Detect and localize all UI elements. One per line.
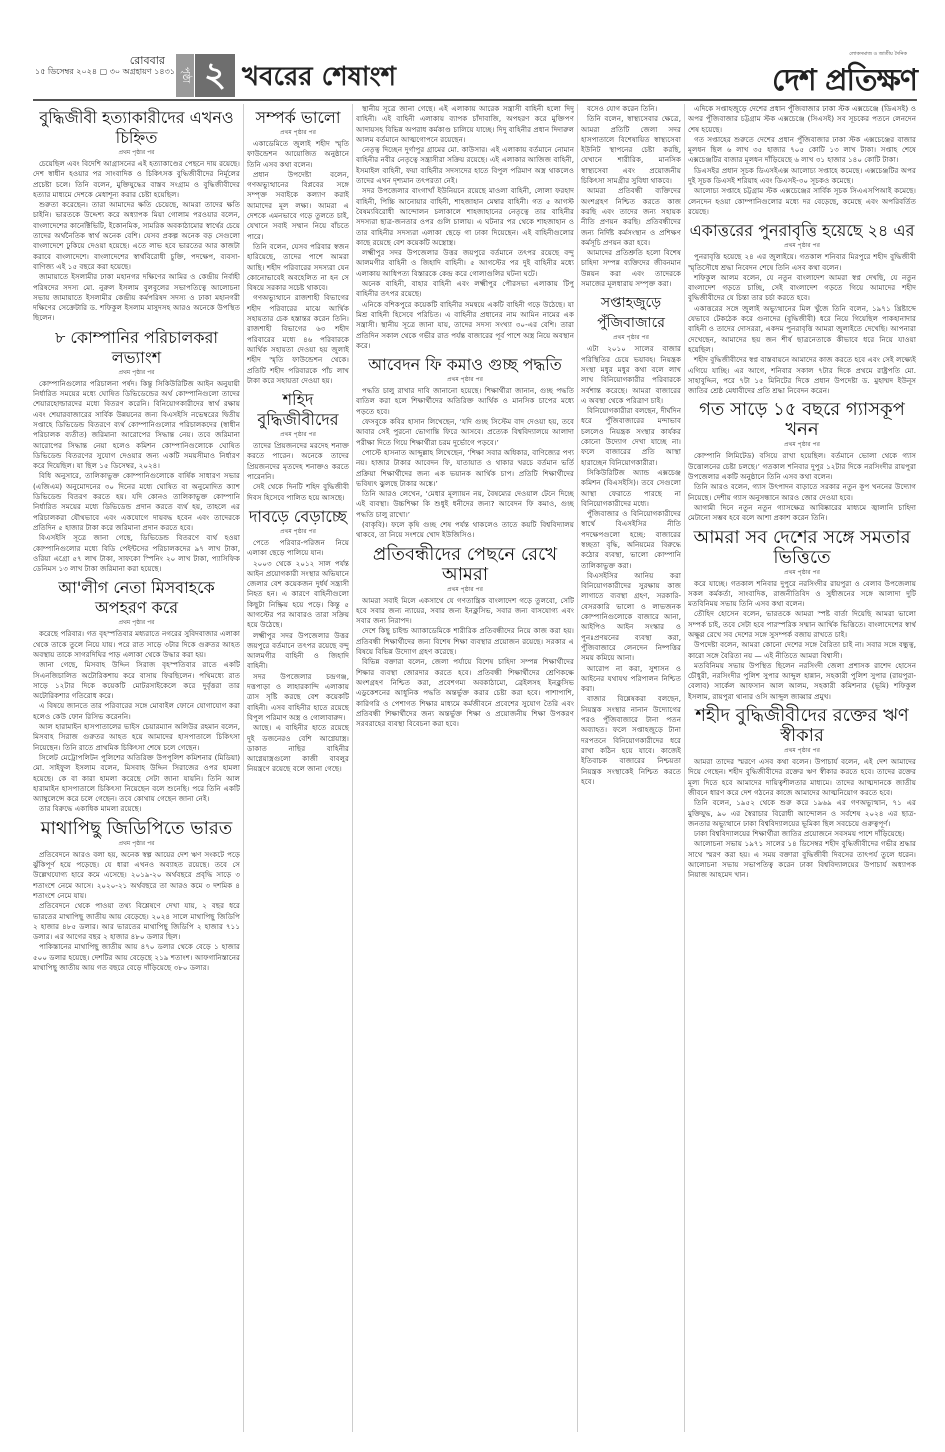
headline[interactable]: প্রতিবন্ধীদের পেছনে রেখে আমরা — [356, 545, 574, 585]
paragraph: তিনি বলেন, ১৯৫২ থেকে শুরু করে ১৯৬৯ এর গণ… — [688, 798, 916, 829]
paragraph: ফেসবুকে কবির হাসান লিখেছেন, ‘যদি গুচ্ছ স… — [356, 417, 574, 448]
paragraph: মতবিনিময় সভায় উপস্থিত ছিলেন নরসিংদী জে… — [688, 661, 916, 702]
paragraph: চেয়েছিল এবং বিদেশি আগ্রাসনের এই হত্যাকা… — [33, 159, 240, 200]
paragraph: পোস্টে হাসনাত আব্দুল্লাহ লিখেছেন, ‘শিক্ষ… — [356, 448, 574, 489]
paragraph: একাত্তরের সঙ্গে জুলাই অভ্যুত্থানের মিল খ… — [688, 304, 916, 355]
headline[interactable]: আমরা সব দেশের সঙ্গে সমতার ভিত্তিতে — [688, 528, 916, 568]
masthead: রোববার ১৫ ডিসেম্বর ২০২৪ ▢ ৩০ অগ্রহায়ণ ১… — [0, 0, 945, 90]
paragraph: আরোপ না করা, সুশাসন ও আইনের যথাযথ পরিপাল… — [581, 664, 681, 695]
page-label: পৃষ্ঠা — [176, 54, 194, 97]
continued-label: প্রথম পৃষ্ঠার পর — [33, 839, 240, 848]
headline[interactable]: সপ্তাহজুড়ে পুঁজিবাজারে — [581, 293, 681, 333]
paragraph: আলোচনা সভায় ১৯৭১ সালের ১৪ ডিসেম্বর শহীদ… — [688, 839, 916, 880]
paragraph: শফিকুল আলম বলেন, যে নতুন বাংলাদেশ আমরা স… — [688, 273, 916, 304]
paragraph: তার বিরুদ্ধে একাধিক মামলা রয়েছে। — [33, 804, 240, 814]
paragraph: তিনি আরও লেখেন, ‘মেধার মূল্যায়ন নয়, বৈ… — [356, 489, 574, 520]
column-divider — [577, 104, 578, 1432]
paragraph: বিধি অনুসারে, তালিকাভুক্ত কোম্পানিগুলোকে… — [33, 471, 240, 533]
paragraph: করে যাচ্ছে। গতকাল শনিবার দুপুরে নরসিংদীর… — [688, 579, 916, 610]
paragraph: বাজার বিশ্লেষকরা বলছেন, নিয়ন্ত্রক সংস্থ… — [581, 694, 681, 787]
paragraph: করেছে পরিবার। গত বৃহস্পতিবার মধ্যরাতে নগ… — [33, 629, 240, 660]
headline[interactable]: বুদ্ধিজীবী হত্যাকারীদের এখনও চিহ্নিত — [33, 108, 240, 148]
paragraph: শুরুতা করেছেন। তারা আমাদের ক্ষতি চেয়েছে… — [33, 200, 240, 272]
headline[interactable]: গত সাড়ে ১৫ বছরে গ্যাসকূপ খনন — [688, 400, 916, 440]
headline[interactable]: আবেদন ফি কমাও গুচ্ছ পদ্ধতি — [356, 355, 574, 375]
column-divider — [352, 104, 353, 1432]
paragraph: নেতৃত্ব দিচ্ছেন দুর্গাপুর গ্রামের মো. কা… — [356, 145, 574, 186]
paragraph: তিনি আরও বলেন, গ্যাস উৎপাদন বাড়াতে সরকা… — [688, 482, 916, 503]
column-2: সম্পর্ক ভালো প্রথম পৃষ্ঠার পর একাডেমিতে … — [247, 104, 349, 1444]
headline[interactable]: আ'লীগ নেতা মিসবাহকে অপহরণ করে — [33, 578, 240, 618]
continued-label: প্রথম পৃষ্ঠার পর — [33, 148, 240, 157]
paragraph: আমাদের প্রতিশ্রুতি হলো বিশেষ চাহিদা সম্প… — [581, 248, 681, 289]
paragraph: (বাকৃবি)। ফলে কৃষি গুচ্ছ শেষ পর্যন্ত থাক… — [356, 520, 574, 541]
paragraph: প্রতিবেদনে আরও বলা হয়, অনেক স্বল্প আয়ে… — [33, 850, 240, 901]
paragraph: আল হারামাইন হাসপাতালের ভাইস চেয়ারম্যান … — [33, 722, 240, 753]
paragraph: বসেও যোগ করেন তিনি। — [581, 104, 681, 114]
paragraph: আলোচ্য সপ্তাহে চট্টগ্রাম স্টক এক্সচেঞ্জে… — [688, 186, 916, 217]
paragraph: আমরা সবাই মিলে একসাথে যে গণতান্ত্রিক বাং… — [356, 596, 574, 627]
paragraph: এনিকে বশিকপুরে কয়েকটি বাহিনীর সমন্বয়ে … — [356, 300, 574, 351]
paragraph: আগামী দিনে নতুন নতুন গ্যাসক্ষেত্র আবিষ্ক… — [688, 503, 916, 524]
paragraph: কোম্পানি লিমিটেড) বসিয়ে রাখা হয়েছিল। ব… — [688, 451, 916, 482]
continued-label: প্রথম পৃষ্ঠার পর — [247, 128, 349, 137]
paragraph: তৌহিদ হোসেন বলেন, ভারতকে আমরা স্পষ্ট বার… — [688, 609, 916, 640]
paragraph: লক্ষ্মীপুর সদর উপজেলার উত্তর জয়পুরে বর্… — [247, 631, 349, 672]
paragraph: সদর উপজেলার বাংগাখাঁ ইউনিয়নে রয়েছে মাও… — [356, 186, 574, 248]
paragraph: সিকিউরিটিজ অ্যান্ড এক্সচেঞ্জ কমিশন (বিএস… — [581, 468, 681, 509]
paragraph: অনেক বাহিনী, বাহার বাহিনী এবং লক্ষ্মীপুর… — [356, 279, 574, 300]
headline[interactable]: ৮ কোম্পানির পরিচালকরা লভ্যাংশ — [33, 328, 240, 368]
paragraph: পদ্ধতি চালু রাখার দাবি জানানো হয়েছে। শি… — [356, 386, 574, 417]
paragraph: তিনি বলেন, স্বাস্থ্যসেবার ক্ষেত্রে, আমরা… — [581, 114, 681, 186]
continued-label: প্রথম পৃষ্ঠার পর — [688, 746, 916, 755]
paragraph: বিএসইসি সূত্রে জানা গেছে, ডিভিডেন্ড বিতর… — [33, 533, 240, 574]
paragraph: পাকিস্তানের মাথাপিছু জাতীয় আয় ৪৭০ ডলার… — [33, 942, 240, 973]
paragraph: সেই থেকে দিনটি শহিদ বুদ্ধিজীবী দিবস হিসে… — [247, 482, 349, 503]
continued-label: প্রথম পৃষ্ঠার পর — [581, 333, 681, 342]
issue-date: ১৫ ডিসেম্বর ২০২৪ ▢ ৩০ অগ্রহায়ণ ১৪৩১ — [35, 66, 175, 79]
paragraph: একাডেমিতে জুলাই শহীদ স্মৃতি ফাউন্ডেশন আয… — [247, 139, 349, 170]
paragraph: জামায়াতে ইসলামীর ঢাকা মহানগর দক্ষিণের আ… — [33, 272, 240, 323]
paragraph: কোম্পানিগুলোর পরিচালনা পর্ষদ। কিন্তু সিক… — [33, 379, 240, 472]
paragraph: পেতে পরিবার-পরিজন নিয়ে এলাকা ছেড়ে পালি… — [247, 538, 349, 559]
paragraph: এটা ২০১০ সালের বাজার পরিস্থিতির চেয়ে ভয… — [581, 344, 681, 406]
paragraph: সদর উপজেলার চন্দ্রগঞ্জ, দত্তপাড়া ও লাহা… — [247, 672, 349, 723]
page-number: ২ — [195, 54, 235, 97]
continued-label: প্রথম পৃষ্ঠার পর — [688, 241, 916, 250]
headline[interactable]: শহিদ বুদ্ধিজীবীদের — [247, 390, 349, 430]
paragraph: ডিএসইর প্রধান সূচক ডিএসইএক্স আলোচ্য সপ্ত… — [688, 166, 916, 187]
paragraph: প্রতিবেদনে থেকে পাওয়া তথ্য বিশ্লেষণে দে… — [33, 901, 240, 942]
paragraph: ঢাকা বিশ্ববিদ্যালয়ের শিক্ষার্থীরা জাতির… — [688, 829, 916, 839]
continued-label: প্রথম পৃষ্ঠার পর — [688, 568, 916, 577]
column-3: স্থানীয় সূত্রে জানা গেছে। এই এলাকায় আর… — [356, 104, 574, 1444]
masthead-rule — [33, 99, 917, 101]
paragraph: গত সপ্তাহের শুরুতে দেশের প্রধান পুঁজিবাজ… — [688, 135, 916, 166]
continued-label: প্রথম পৃষ্ঠার পর — [356, 585, 574, 594]
paragraph: আমরা প্রতিবন্ধী ব্যক্তিদের অংশগ্রহণ নিশ্… — [581, 186, 681, 248]
paragraph: পুঁজিবাজার ও বিনিয়োগকারীদের স্বার্থে বি… — [581, 509, 681, 571]
paragraph: গণঅভ্যুত্থানে রাজশাহী বিভাগের শহীদ পরিবা… — [247, 293, 349, 386]
paragraph: এ বিষয়ে জানতে তার পরিবারের সঙ্গে মোবাইল… — [33, 701, 240, 722]
headline[interactable]: মাথাপিছু জিডিপিতে ভারত — [33, 819, 240, 839]
headline[interactable]: একাত্তরের পুনরাবৃত্তি হয়েছে ২৪ এর — [688, 221, 916, 241]
paragraph: শহীদ বুদ্ধিজীবীদের স্বপ্ন বাস্তবায়নে আম… — [688, 355, 916, 396]
continued-label: প্রথম পৃষ্ঠার পর — [356, 375, 574, 384]
column-4: বসেও যোগ করেন তিনি। তিনি বলেন, স্বাস্থ্য… — [581, 104, 681, 1444]
section-title: খবরের শেষাংশ — [242, 56, 396, 100]
paragraph: উপদেষ্টা বলেন, আমরা কোনো দেশের সঙ্গে বৈর… — [688, 640, 916, 661]
paragraph: জানা গেছে, মিসবাহ উদ্দিন সিরাজ বৃহস্পতিব… — [33, 660, 240, 701]
paragraph: দেশে কিছু চাইল্ড অ্যাকাডেমিকে শারীরিক প্… — [356, 626, 574, 657]
continued-label: প্রথম পৃষ্ঠার পর — [33, 368, 240, 377]
paragraph: প্রধান উপদেষ্টা বলেন, গণঅভ্যুত্থানের বিপ… — [247, 170, 349, 242]
continued-label: প্রথম পৃষ্ঠার পর — [688, 440, 916, 449]
paragraph: লক্ষ্মীপুর সদর উপজেলার উত্তর জয়পুরে বর্… — [356, 248, 574, 279]
continued-label: প্রথম পৃষ্ঠার পর — [247, 430, 349, 439]
paragraph: তিনি বলেন, যেসব পরিবার স্বজন হারিয়েছে, … — [247, 242, 349, 293]
paragraph: স্থানীয় সূত্রে জানা গেছে। এই এলাকায় আর… — [356, 104, 574, 145]
column-5: এদিকে সপ্তাহজুড়ে দেশের প্রধান পুঁজিবাজা… — [688, 104, 916, 1444]
column-1: বুদ্ধিজীবী হত্যাকারীদের এখনও চিহ্নিত প্র… — [33, 104, 240, 1444]
paragraph: এদিকে সপ্তাহজুড়ে দেশের প্রধান পুঁজিবাজা… — [688, 104, 916, 135]
headline[interactable]: শহীদ বুদ্ধিজীবীদের রক্তের ঋণ স্বীকার — [688, 706, 916, 746]
column-divider — [243, 104, 244, 1432]
headline[interactable]: সম্পর্ক ভালো — [247, 108, 349, 128]
paragraph: বিএসইসির আনিয় করা বিনিয়োগকারীদের সুরক্… — [581, 571, 681, 664]
paragraph: আছে। এ বাহিনীর হাতে রয়েছে দুই ডজনেরও বে… — [247, 723, 349, 774]
paragraph: আমরা তাদের স্মরণে এসব কথা বলেন। উপাচার্য… — [688, 757, 916, 798]
paragraph: সিলেট মেট্রোপলিটন পুলিশের অতিরিক্ত উপপুল… — [33, 753, 240, 804]
headline[interactable]: দাবড়ে বেড়াচ্ছে — [247, 507, 349, 527]
paragraph: বিভিন্ন বক্তারা বলেন, জেলা পর্যায়ে বিশে… — [356, 657, 574, 729]
paragraph: বিনিয়োগকারীরা বলছেন, দীর্ঘদিন ধরে পুঁজি… — [581, 406, 681, 468]
column-divider — [684, 104, 685, 1432]
paragraph: তাদের প্রিয়জনদের মরদেহ শনাক্ত করতে পারে… — [247, 441, 349, 482]
continued-label: প্রথম পৃষ্ঠার পর — [33, 618, 240, 627]
paragraph: পুনরাবৃত্তি হয়েছে ২৪ এর জুলাইয়ে। গতকাল… — [688, 252, 916, 273]
continued-label: প্রথম পৃষ্ঠার পর — [247, 527, 349, 536]
paragraph: ২০০৩ থেকে ২০১২ সাল পর্যন্ত আইন প্রয়োগকা… — [247, 559, 349, 631]
